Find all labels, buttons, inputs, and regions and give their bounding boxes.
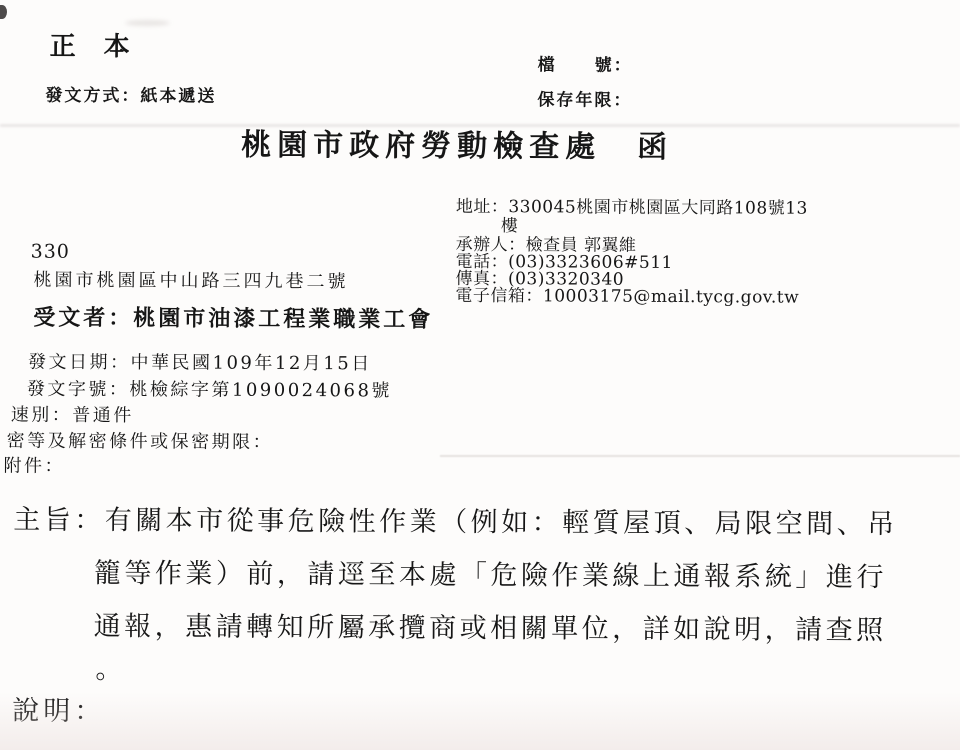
document-title: 桃園市政府勞動檢查處 函	[241, 131, 673, 163]
speed-class: 速別：普通件	[11, 407, 134, 426]
subject-text-line: 有關本市從事危險性作業（例如：輕質屋頂、局限空間、吊	[105, 505, 898, 540]
delivery-method: 發文方式：紙本遞送	[45, 88, 216, 106]
explanation-label: 說明：	[12, 698, 105, 725]
letter-content: 正 本 發文方式：紙本遞送 檔 號： 保存年限： 桃園市政府勞動檢查處 函 地址…	[0, 0, 960, 750]
copy-type-label: 正 本	[50, 34, 131, 60]
attachment-label: 附件：	[3, 458, 65, 476]
security-class: 密等及解密條件或保密期限：	[7, 433, 274, 452]
sender-address-line1: 地址：330045桃園市桃園區大同路108號13	[456, 199, 808, 218]
retention-label: 保存年限：	[537, 92, 632, 109]
issue-date: 發文日期：中華民國109年12月15日	[28, 354, 372, 374]
scanned-letter: 正 本 發文方式：紙本遞送 檔 號： 保存年限： 桃園市政府勞動檢查處 函 地址…	[0, 0, 960, 750]
subject-label: 主旨：	[13, 505, 105, 536]
sender-address-line2: 樓	[501, 218, 519, 235]
subject-text-line: 籠等作業）前，請逕至本處「危險作業線上通報系統」進行	[94, 560, 887, 591]
subject-text-line: 通報，惠請轉知所屬承攬商或相關單位，詳如說明，請查照	[94, 613, 887, 644]
file-number-label: 檔 號：	[538, 57, 633, 74]
recipient-street-address: 桃園市桃園區中山路三四九巷二號	[33, 272, 348, 292]
subject-text-line: 。	[95, 656, 126, 683]
recipient-line: 受文者：桃園市油漆工程業職業工會	[33, 307, 433, 331]
email-address: 電子信箱：10003175@mail.tycg.gov.tw	[455, 288, 799, 307]
recipient-postal-code: 330	[31, 243, 70, 262]
subject-first-line: 主旨：有關本市從事危險性作業（例如：輕質屋頂、局限空間、吊	[13, 507, 898, 539]
document-number: 發文字號：桃檢綜字第1090024068號	[27, 381, 392, 401]
